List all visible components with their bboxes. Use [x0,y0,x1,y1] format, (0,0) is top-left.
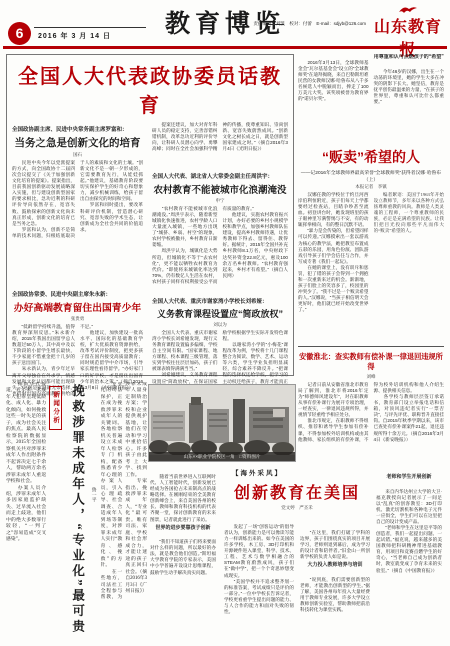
article-byline: 刘峰 [298,374,444,380]
article-kicker: 全国人大代表、湖北省人大常委会副主任周洪宇： [152,172,288,180]
article-colA-wanjiu: 据新华社报道，近年来，未成年人犯罪呈现低龄化、成人化、暴力化倾向，如何挽救这些一… [6,382,46,642]
chuangxin-col4: 老师和学生开展创新 来自内华达州立大学的大卫·福克教授向记者展示了一间足以“乱真… [376,468,442,642]
article-colB-wanjiu: 专业化的司法保护，正在成为挽救涉罪未成年人的关键词。各地检察机关普遍设立未成年人… [101,382,147,642]
article-fanmai: 2016年3月13日，全球教师基金会“瓦尔基基金会”设立的“全球教师奖”在迪拜揭… [298,54,444,344]
article-byline: 张贵勇 [12,316,143,322]
banner-headline: 全国人大代表政协委员话教育 [12,60,288,118]
article-title-luofuhe: 当务之急是创新文化的培育 [12,135,143,150]
article-byline: 国石 [12,152,143,158]
news-analysis-tag: 新闻分析 [49,386,62,430]
article-title-zhouhongyu: 农村教育不能被城市化浪潮淹没 [152,182,288,196]
article-wanjiu: 据新华社报道，近年来，未成年人犯罪呈现低龄化、成人化、暴力化倾向，如何挽救这些一… [6,382,147,642]
article-body-fanmai: 汉娜任教的学校位于约旦河西岸伯利恒附近，孩子们每天上学都要经过检查站，目睹争吵甚… [298,192,369,313]
article-subhead: 世界的进步要靠孩子创新 [150,525,216,532]
masthead-bird-icon [398,5,418,14]
header-rule-left [34,27,146,28]
article-subhead: 大力投入教师培养与培训 [300,562,370,569]
chuangxin-header: 【海外采风】 创新教育在美国 党文婷 严圣禾 [224,468,370,511]
prebody-text-1: 2016年3月13日，全球教师基金会“瓦尔基基金会”设立的“全球教师奖”在迪拜揭… [298,60,369,101]
chuangxin-col3: “在这里，我们打破了学科的边界，孩子们围绕真实的项目开展学习，老师则退到幕后，成… [300,524,370,642]
chuangxin-col3-text1: “在这里，我们打破了学科的边界，孩子们围绕真实的项目开展学习，老师则退到幕后，成… [300,530,370,559]
article-subhead: 老师和学生开展创新 [376,474,442,481]
article-title-wanjiu: 挽救涉罪未成年人，“专业化”最可贵 [65,384,86,642]
article-title-fanmai: “贩卖”希望的人 [298,147,444,167]
photo-caption: 山东××职业学院校区一角 □资料图片 [149,452,295,461]
article-body-zhouhongyu: “农村教育不能被城市化浪潮淹没。”周洪宇表示，随着新型城镇化快速推进，农村学龄人… [152,206,288,294]
article-kicker: 全国政协副主席、民进中央常务副主席罗富和： [12,125,143,133]
chuangxin-col2: 发起了一场“创客运动”的倡导者认为，创新能力是可以像读写能力一样训练出来的。如今… [224,524,294,642]
article-continuation-luofuhe: 提案还建议，加大对青年科研人员的稳定支持，完善容错纠错机制，改革急功近利的评价导… [152,122,288,169]
chuangxin-col1: 随着当前世界进入互联网时代、人工智能时代，创新发展已经成为各国抢占未来制高点的战… [150,468,216,642]
chuangxin-col3-text2: “说到底，我们需要创新型的老师，才能教出创新型的学生。”据了解，美国各州每年投入… [300,577,370,612]
chuangxin-col1-text1: 随着当前世界进入互联网时代、人工智能时代，创新发展已经成为各国抢占未来制高点的战… [150,474,216,521]
editor-info: 责任编辑：刘凯 校对：付蕾 E-mail：sdjyb@126.com [253,21,366,27]
article-body-huaibei: 记者日前从安徽省淮北市教育局了解到，淮北市将2016年定为“师德师风建设年”，对… [298,382,444,478]
article-bylines: 党文婷 严圣禾 [224,505,370,511]
article-byline: 刘以为 [152,322,288,328]
article-byline: 本报记者 李镇 [298,184,444,190]
article-kicker: 全国人大代表、重庆市谢家湾小学校长刘希娅： [152,297,288,305]
prebody-text-2: 今年46岁的汉娜，出生在一个动荡的环境里，她的学生大多在冲突的阴影下长大。她坚信… [374,69,445,104]
masthead: 山东教育报 [370,5,446,60]
article-body-luofuhe: 民进中央今年以党派提案的方式，向全国政协十二届四次会议提交了《关于加强创新文化培… [12,160,143,287]
leftbox-left-column: 全国政协副主席、民进中央常务副主席罗富和： 当务之急是创新文化的培育 国石 民进… [12,122,143,422]
campus-photo: 山东××职业学院校区一角 □资料图片 [148,384,296,462]
article-title-zhuyongxin: 办好高端教育留住出国青少年 [12,300,143,314]
article-subtitle-fanmai: ——记2016年全球教师界最高荣誉“全球教师奖”获得者汉娜·哈鲁布（上） [298,169,444,183]
article-title-huaibei: 安徽淮北：查实教师有偿补课一律退回违规所得 [298,352,444,372]
top-left-article-box: 全国人大代表政协委员话教育 全国政协副主席、民进中央常务副主席罗富和： 当务之急… [6,54,294,376]
header-red-rule [3,46,447,49]
article-huaibei: 安徽淮北：查实教师有偿补课一律退回违规所得 刘峰 记者日前从安徽省淮北市教育局了… [298,346,444,468]
campus-photo-image [149,385,295,461]
chuangxin-col4-text: 来自内华达州立大学的大卫·福克教授向记者展示了一间足以“乱真”的创客教室：3D打… [376,489,442,573]
article-prebody-fanmai: 2016年3月13日，全球教师基金会“瓦尔基基金会”设立的“全球教师奖”在迪拜揭… [298,54,444,142]
leftbox-right-column: 提案还建议，加大对青年科研人员的稳定支持，完善容错纠错机制，改革急功近利的评价导… [152,122,288,422]
article-byline: 申宁 [152,198,288,204]
news-analysis-tag-wrap: 新闻分析 [49,382,62,642]
article-chuangxin: 随着当前世界进入互联网时代、人工智能时代，创新发展已经成为各国抢占未来制高点的战… [148,468,444,642]
newspaper-page: 6 2016 年 3 月 14 日 教育博览 责任编辑：刘凯 校对：付蕾 E-m… [0,0,450,646]
overseas-tag: 【海外采风】 [224,468,370,477]
article-kicker: 全国政协常委、民进中央副主席朱永新： [12,290,143,298]
chuangxin-col1-text2: “我们不知道孩子们将来要面对什么样的问题，所以最好的办法，就是教会他们创造。”斯… [150,539,216,574]
article-subhead: 用尊重和认可点燃孩子的“希望” [374,54,445,61]
editor-note: 编者絮语：美国于1963年开始设立教师节，多年来以各种方式弘扬尊师重教的风尚。教… [374,192,445,234]
article-title-liuxiya: 义务教育课程设置应“简政放权” [152,307,288,320]
article-byline-vertical: 鲁一平 [90,382,98,642]
article-title-chuangxin: 创新教育在美国 [224,480,370,503]
